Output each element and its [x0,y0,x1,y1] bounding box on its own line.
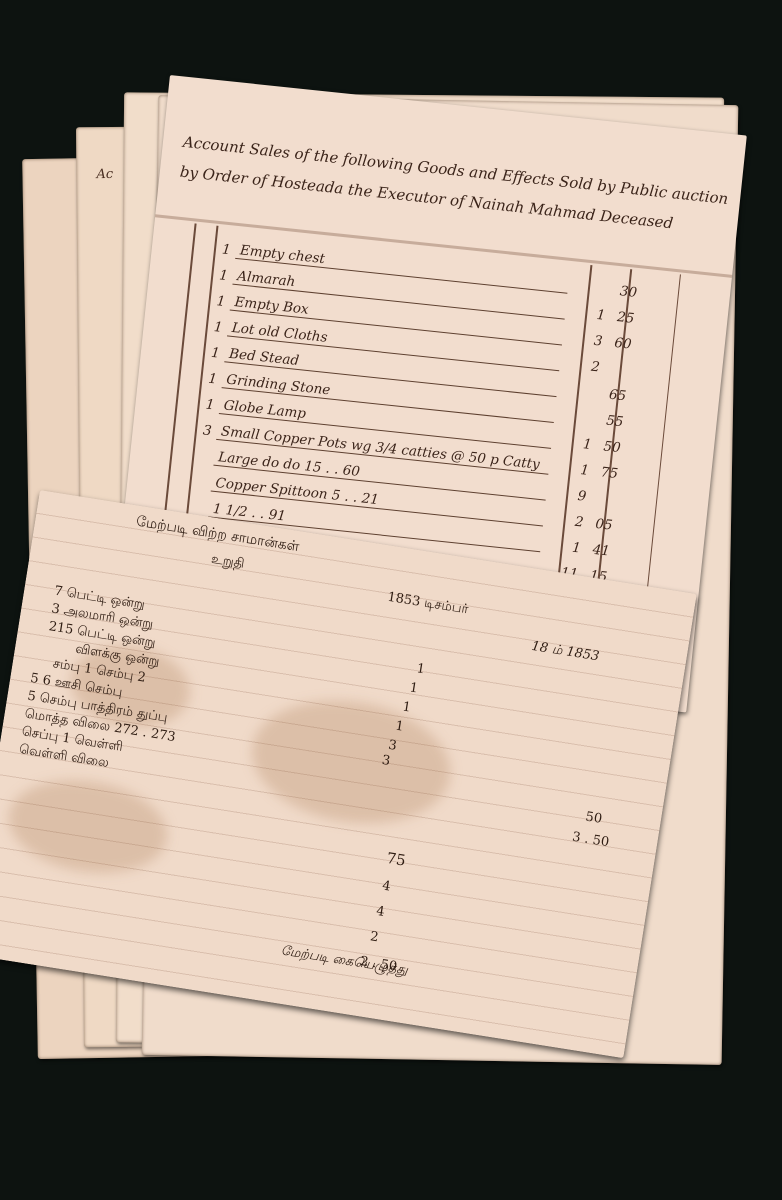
amount: 4 [375,904,386,920]
stain [2,770,174,884]
tally-mark: 1 [401,699,412,715]
amount: 4 [381,879,392,895]
amount: 50 [584,809,603,826]
amount: 2 [369,929,380,945]
note-header-3: 1853 டிசம்பர் [386,590,469,619]
amount: 75 [385,849,407,870]
bottom-signature: மேற்படி கையெழுத்து [280,943,409,979]
sheet-scribble: Ac [96,167,113,182]
tally-mark: 1 [408,680,419,696]
stain [243,687,459,837]
tally-mark: 1 [416,661,427,677]
date-signature: 18 ம் 1853 [530,639,600,665]
note-header-2: உறுதி [210,552,245,573]
amount: 3 . 50 [571,830,610,851]
